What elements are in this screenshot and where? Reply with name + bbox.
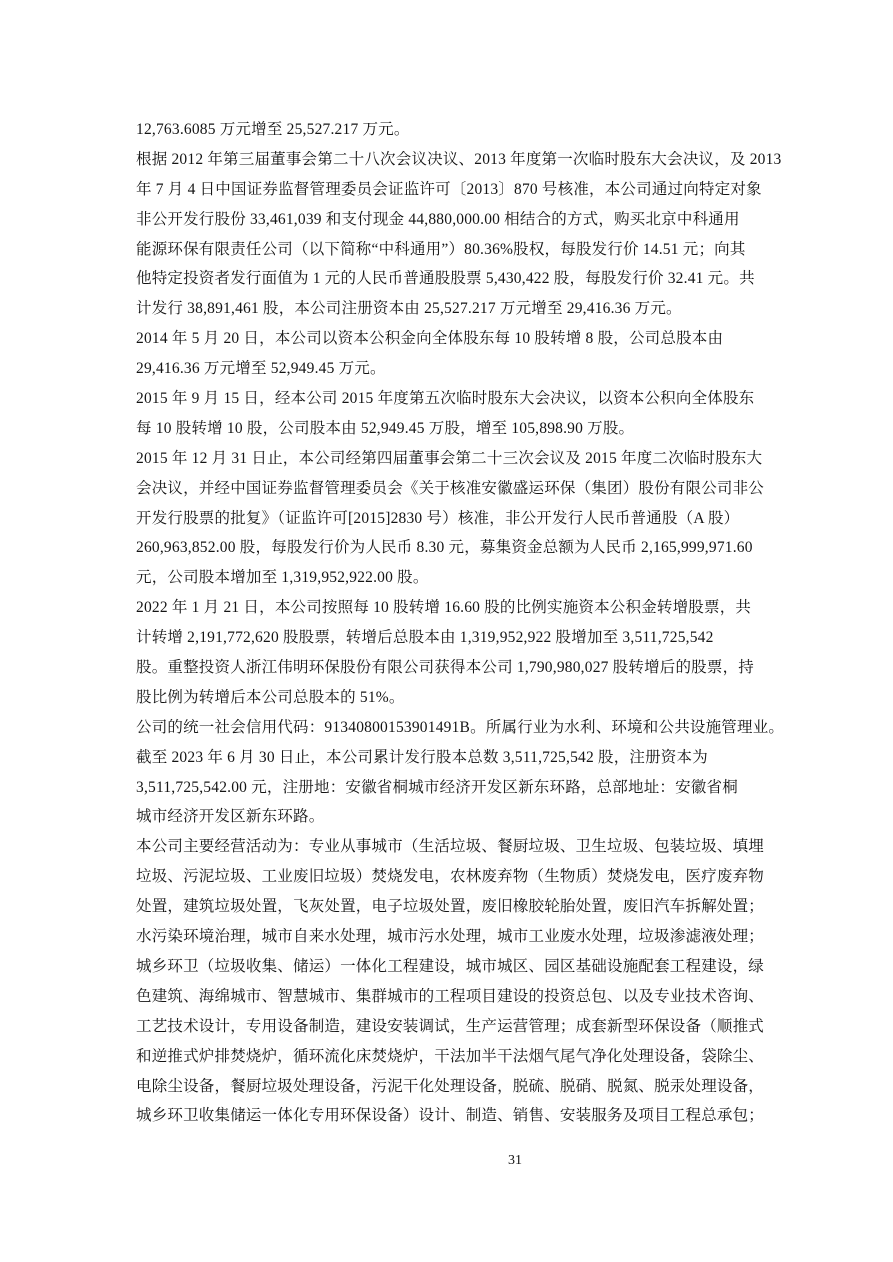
document-body-text: 12,763.6085 万元增至 25,527.217 万元。 根据 2012 … — [136, 115, 764, 1131]
text-line: 29,416.36 万元增至 52,949.45 万元。 — [136, 354, 764, 384]
text-line: 工艺技术设计，专用设备制造，建设安装调试，生产运营管理；成套新型环保设备（顺推式 — [136, 1012, 764, 1042]
text-line: 年 7 月 4 日中国证券监督管理委员会证监许可〔2013〕870 号核准，本公… — [136, 175, 764, 205]
text-line: 垃圾、污泥垃圾、工业废旧垃圾）焚烧发电，农林废弃物（生物质）焚烧发电，医疗废弃物 — [136, 862, 764, 892]
text-line: 城市经济开发区新东环路。 — [136, 802, 764, 832]
text-line: 260,963,852.00 股，每股发行价为人民币 8.30 元，募集资金总额… — [136, 533, 764, 563]
text-line: 城乡环卫（垃圾收集、储运）一体化工程建设，城市城区、园区基础设施配套工程建设，绿 — [136, 952, 764, 982]
text-line: 水污染环境治理，城市自来水处理，城市污水处理，城市工业废水处理，垃圾渗滤液处理； — [136, 922, 764, 952]
text-line: 12,763.6085 万元增至 25,527.217 万元。 — [136, 115, 764, 145]
text-line: 能源环保有限责任公司（以下简称“中科通用”）80.36%股权，每股发行价 14.… — [136, 235, 764, 265]
text-line: 处置，建筑垃圾处置，飞灰处置，电子垃圾处置，废旧橡胶轮胎处置，废旧汽车拆解处置； — [136, 892, 764, 922]
text-line: 根据 2012 年第三届董事会第二十八次会议决议、2013 年度第一次临时股东大… — [136, 145, 764, 175]
paragraph: 2015 年 12 月 31 日止，本公司经第四届董事会第二十三次会议及 201… — [136, 444, 764, 593]
document-page: 12,763.6085 万元增至 25,527.217 万元。 根据 2012 … — [0, 0, 893, 1262]
text-line: 色建筑、海绵城市、智慧城市、集群城市的工程项目建设的投资总包、以及专业技术咨询、 — [136, 982, 764, 1012]
text-line: 计发行 38,891,461 股，本公司注册资本由 25,527.217 万元增… — [136, 294, 764, 324]
text-line: 2014 年 5 月 20 日，本公司以资本公积金向全体股东每 10 股转增 8… — [136, 324, 764, 354]
text-line: 公司的统一社会信用代码：91340800153901491B。所属行业为水利、环… — [136, 713, 764, 743]
paragraph: 2015 年 9 月 15 日，经本公司 2015 年度第五次临时股东大会决议，… — [136, 384, 764, 444]
paragraph: 本公司主要经营活动为：专业从事城市（生活垃圾、餐厨垃圾、卫生垃圾、包装垃圾、填埋… — [136, 832, 764, 1131]
text-line: 城乡环卫收集储运一体化专用环保设备）设计、制造、销售、安装服务及项目工程总承包； — [136, 1101, 764, 1131]
paragraph: 2014 年 5 月 20 日，本公司以资本公积金向全体股东每 10 股转增 8… — [136, 324, 764, 384]
text-line: 非公开发行股份 33,461,039 和支付现金 44,880,000.00 相… — [136, 205, 764, 235]
text-line: 计转增 2,191,772,620 股股票，转增后总股本由 1,319,952,… — [136, 623, 764, 653]
paragraph: 12,763.6085 万元增至 25,527.217 万元。 — [136, 115, 764, 145]
text-line: 截至 2023 年 6 月 30 日止，本公司累计发行股本总数 3,511,72… — [136, 743, 764, 773]
paragraph: 2022 年 1 月 21 日，本公司按照每 10 股转增 16.60 股的比例… — [136, 593, 764, 713]
text-line: 本公司主要经营活动为：专业从事城市（生活垃圾、餐厨垃圾、卫生垃圾、包装垃圾、填埋 — [136, 832, 764, 862]
text-line: 股比例为转增后本公司总股本的 51%。 — [136, 683, 764, 713]
text-line: 会决议，并经中国证券监督管理委员会《关于核准安徽盛运环保（集团）股份有限公司非公 — [136, 474, 764, 504]
paragraph: 公司的统一社会信用代码：91340800153901491B。所属行业为水利、环… — [136, 713, 764, 833]
text-line: 3,511,725,542.00 元，注册地：安徽省桐城市经济开发区新东环路，总… — [136, 773, 764, 803]
text-line: 2015 年 9 月 15 日，经本公司 2015 年度第五次临时股东大会决议，… — [136, 384, 764, 414]
text-line: 电除尘设备，餐厨垃圾处理设备，污泥干化处理设备，脱硫、脱硝、脱氮、脱汞处理设备， — [136, 1072, 764, 1102]
page-number: 31 — [499, 1150, 531, 1172]
paragraph: 根据 2012 年第三届董事会第二十八次会议决议、2013 年度第一次临时股东大… — [136, 145, 764, 324]
text-line: 2015 年 12 月 31 日止，本公司经第四届董事会第二十三次会议及 201… — [136, 444, 764, 474]
text-line: 和逆推式炉排焚烧炉，循环流化床焚烧炉，干法加半干法烟气尾气净化处理设备，袋除尘、 — [136, 1042, 764, 1072]
text-line: 开发行股票的批复》（证监许可[2015]2830 号）核准，非公开发行人民币普通… — [136, 504, 764, 534]
text-line: 他特定投资者发行面值为 1 元的人民币普通股股票 5,430,422 股，每股发… — [136, 264, 764, 294]
text-line: 元，公司股本增加至 1,319,952,922.00 股。 — [136, 563, 764, 593]
text-line: 每 10 股转增 10 股，公司股本由 52,949.45 万股，增至 105,… — [136, 414, 764, 444]
text-line: 股。重整投资人浙江伟明环保股份有限公司获得本公司 1,790,980,027 股… — [136, 653, 764, 683]
text-line: 2022 年 1 月 21 日，本公司按照每 10 股转增 16.60 股的比例… — [136, 593, 764, 623]
